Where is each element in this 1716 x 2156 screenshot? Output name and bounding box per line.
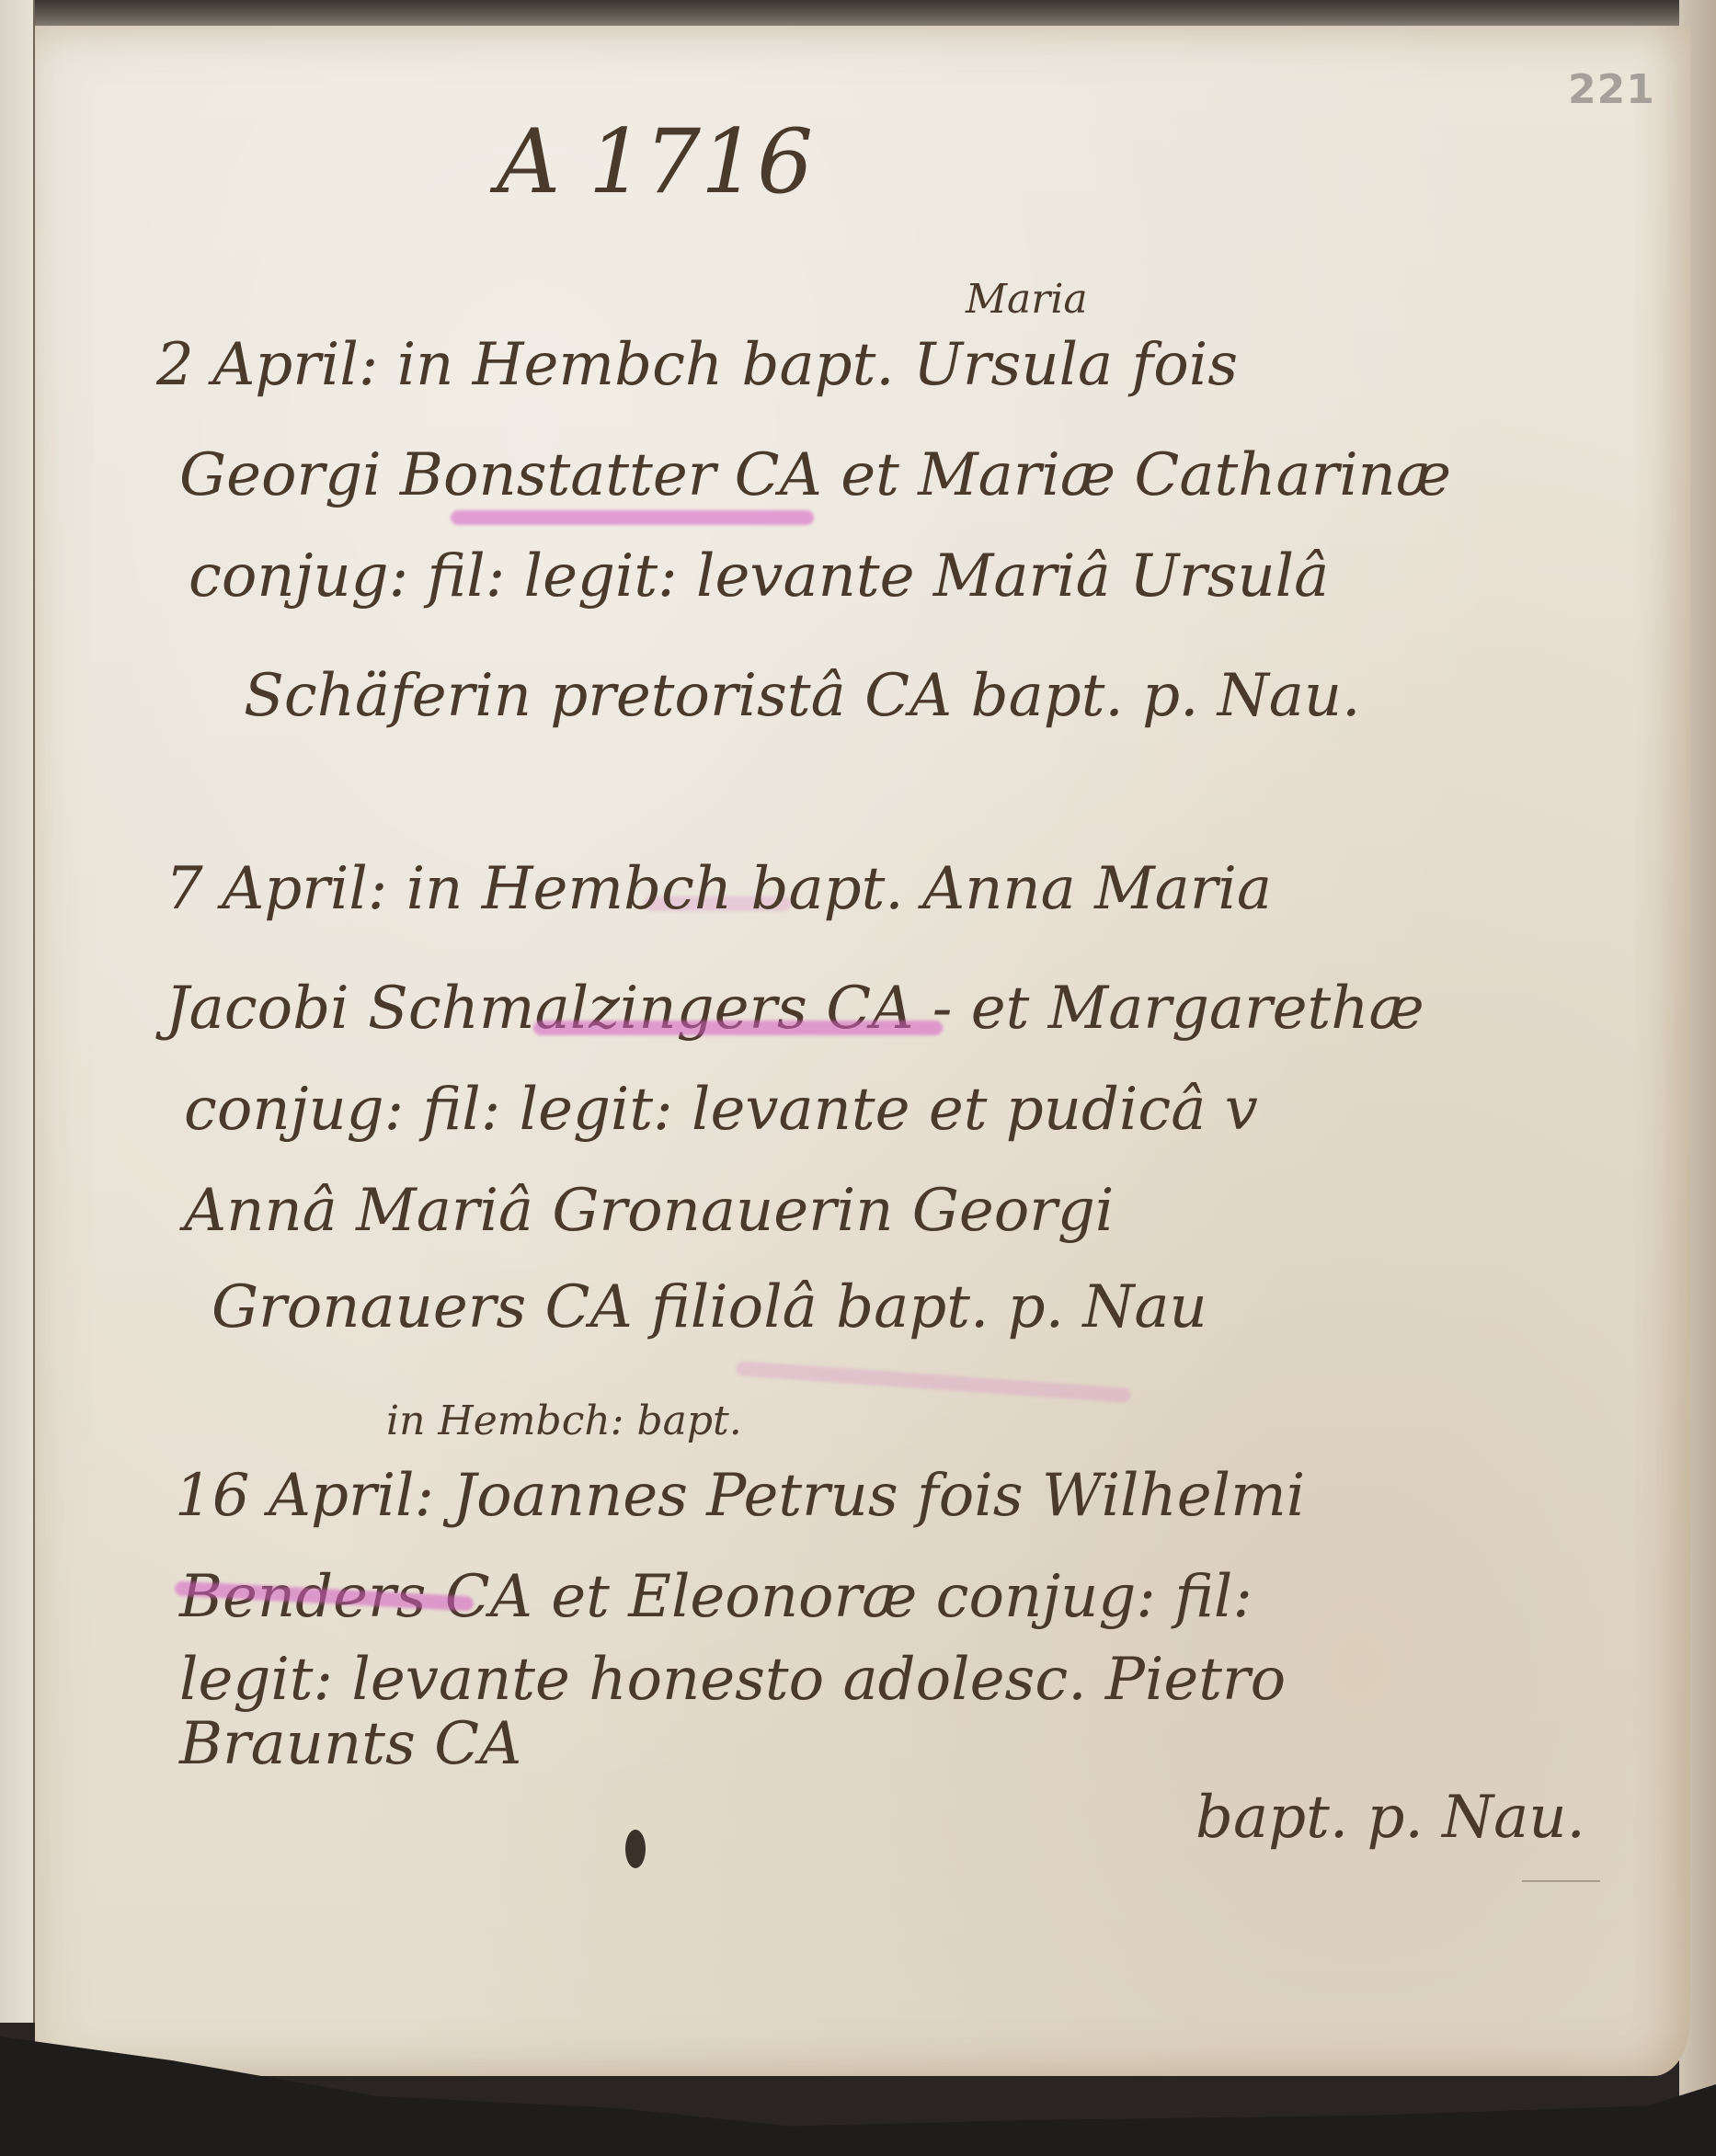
entry-1-line-1: 2 April: in Hembch bapt. Ursula fois xyxy=(156,331,1238,399)
interlinear-note: in Hembch: bapt. xyxy=(386,1397,742,1444)
entry-3-line-1: 16 April: Joannes Petrus fois Wilhelmi xyxy=(175,1462,1305,1530)
entry-2-line-3: conjug: fil: legit: levante et pudicâ v xyxy=(184,1076,1258,1144)
surname-highlight xyxy=(451,510,814,525)
entry-3-line-4: Braunts CA xyxy=(179,1710,521,1778)
entry-1-line-2: Georgi Bonstatter CA et Mariæ Catharinæ xyxy=(179,441,1451,509)
entry-3-line-3: legit: levante honesto adolesc. Pietro xyxy=(179,1646,1286,1714)
entry-2-line-1: 7 April: in Hembch bapt. Anna Maria xyxy=(166,855,1272,923)
surname-highlight xyxy=(533,1021,943,1035)
facing-page-edge xyxy=(0,0,35,2023)
end-rule xyxy=(1522,1880,1600,1882)
ink-blot xyxy=(625,1830,646,1868)
entry-1-line-3: conjug: fil: legit: levante Mariâ Ursulâ xyxy=(189,542,1329,610)
entry-3-line-5: bapt. p. Nau. xyxy=(1195,1784,1585,1852)
entry-2-line-5: Gronauers CA filiolâ bapt. p. Nau xyxy=(212,1273,1207,1341)
entry-1-line-4: Schäferin pretoristâ CA bapt. p. Nau. xyxy=(244,662,1360,730)
interlinear-note: Maria xyxy=(966,276,1088,323)
entry-2-line-4: Annâ Mariâ Gronauerin Georgi xyxy=(184,1177,1114,1245)
year-heading: A 1716 xyxy=(497,110,813,213)
page-number: 221 xyxy=(1568,66,1655,113)
